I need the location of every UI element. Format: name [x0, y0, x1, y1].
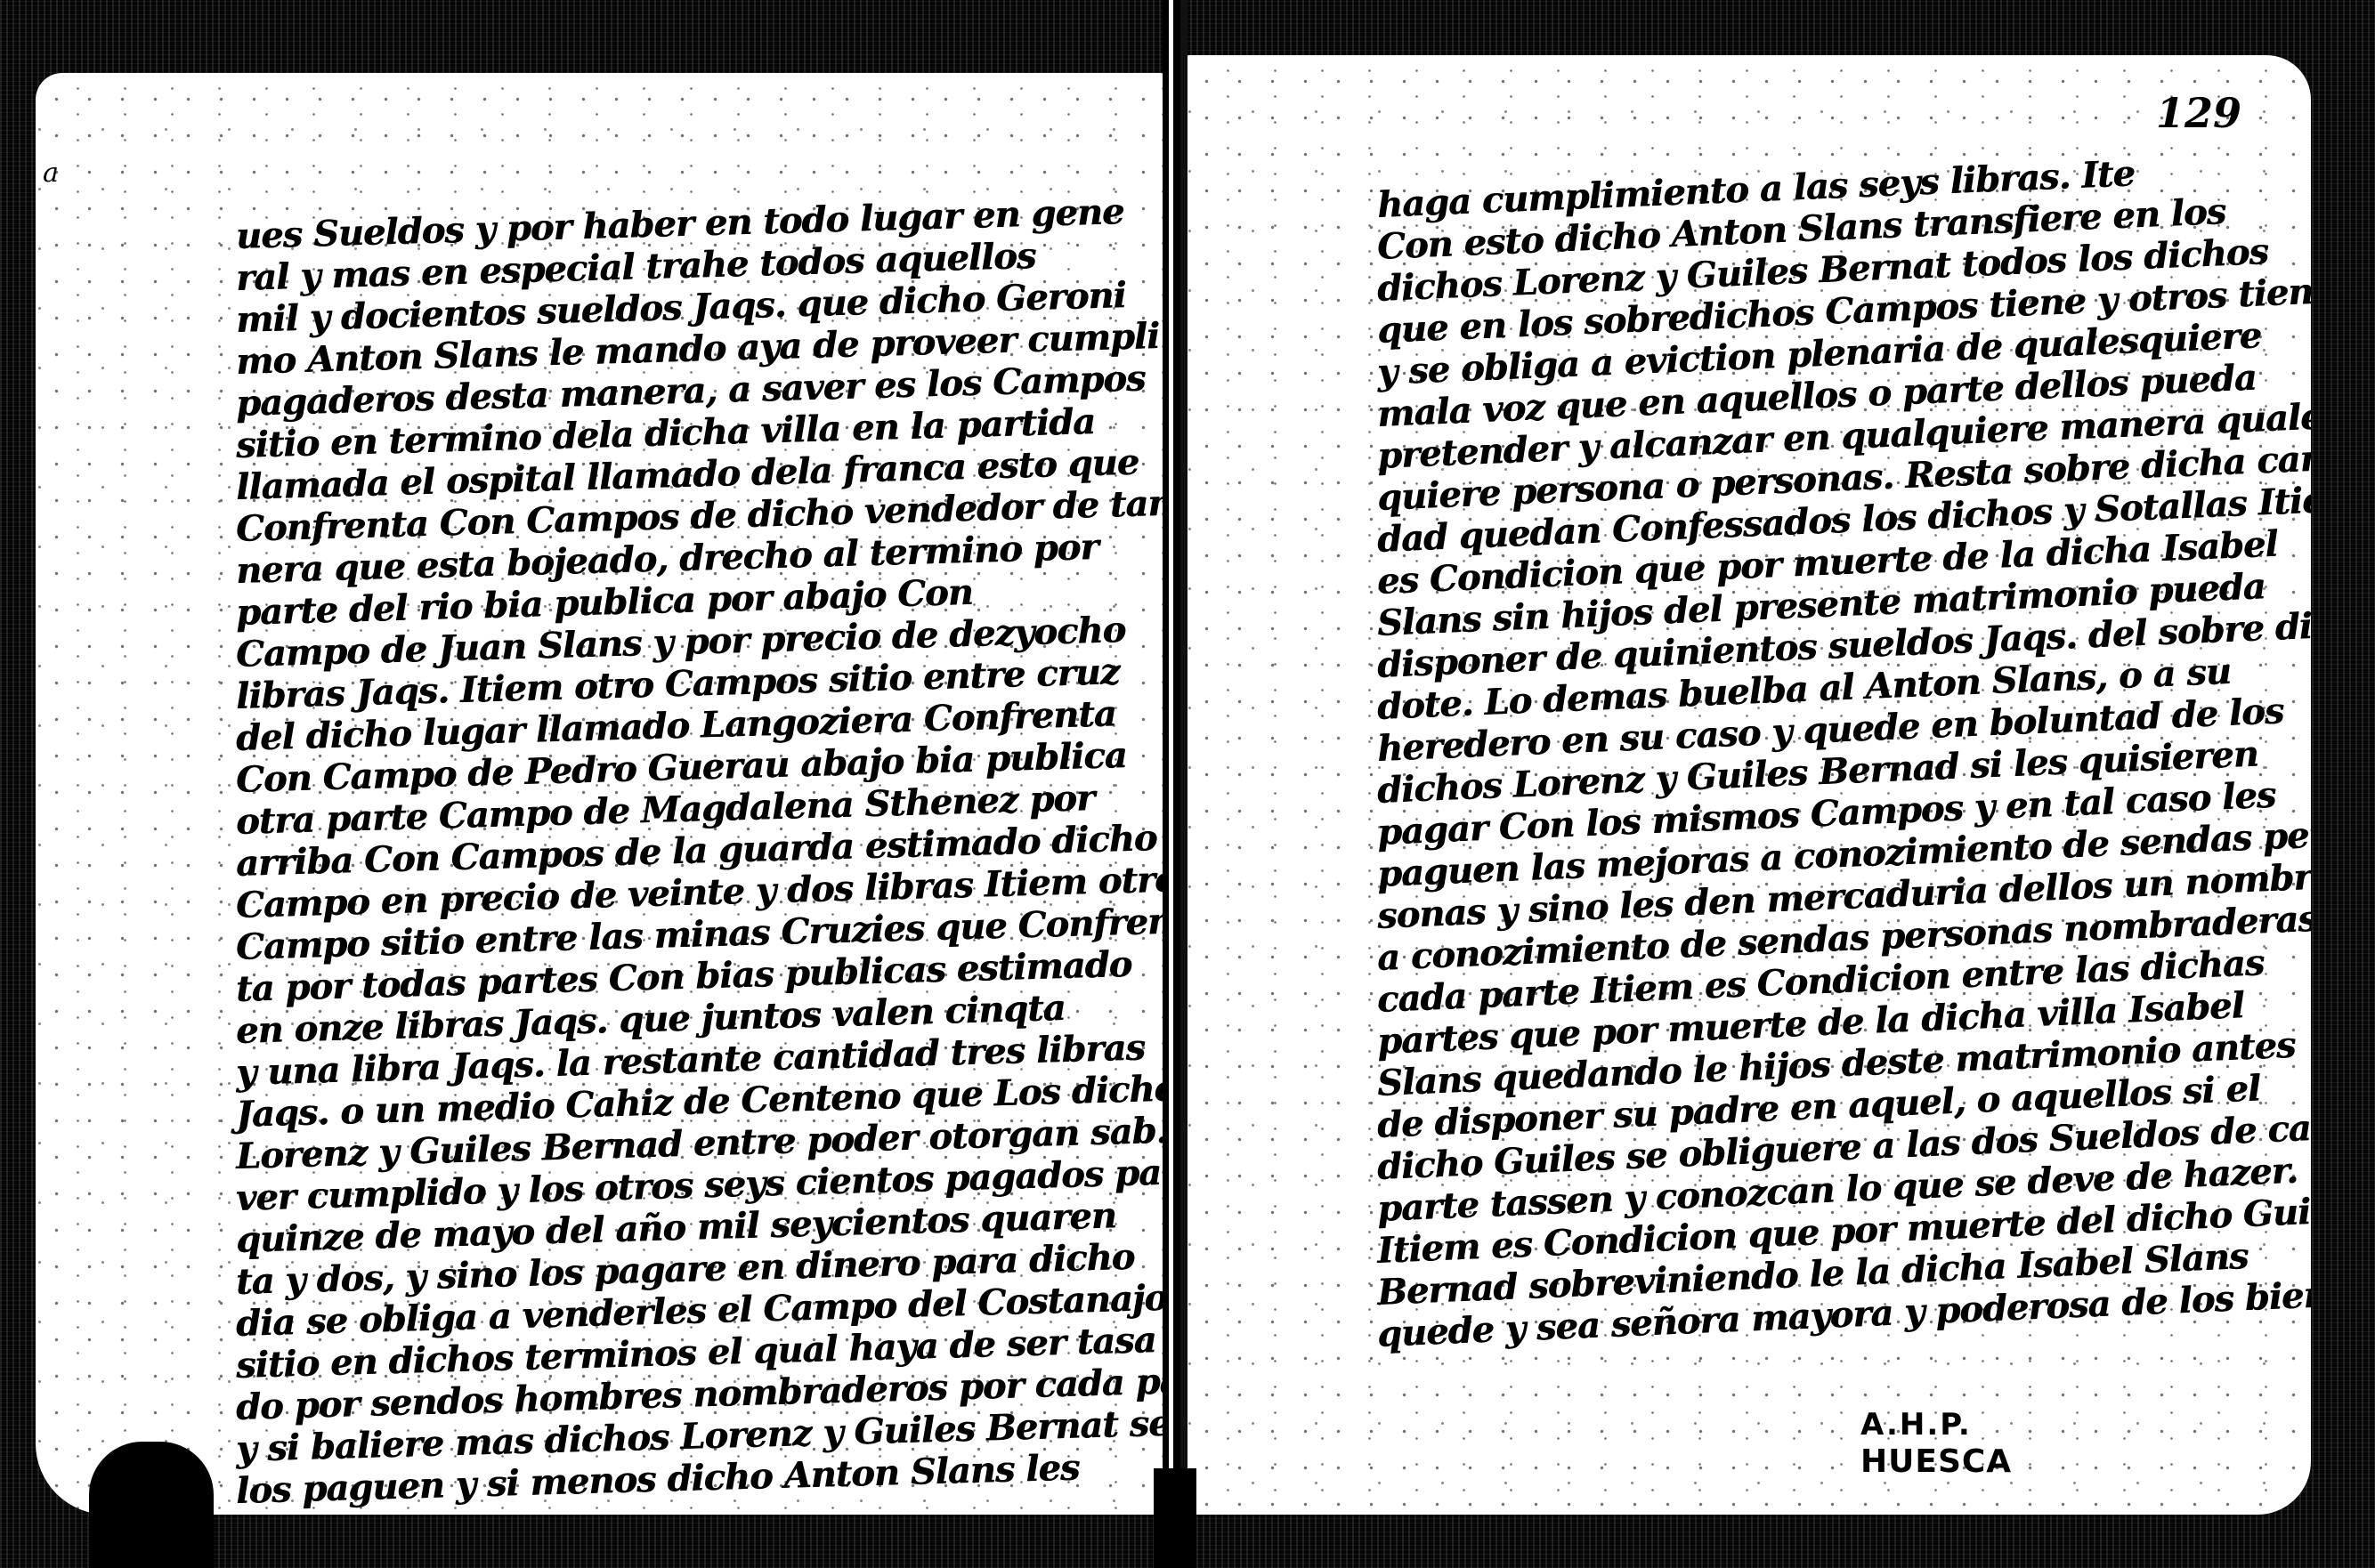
- book-gutter-shadow: [1154, 1468, 1196, 1568]
- margin-mark: a: [43, 158, 59, 189]
- left-page-text: ues Sueldos y por haber en todo lugar en…: [236, 215, 1153, 1512]
- folio-number: 129: [2156, 89, 2241, 137]
- archive-stamp-line2: HUESCA: [1860, 1443, 2012, 1481]
- archive-stamp-line1: A.H.P.: [1860, 1406, 2012, 1443]
- thumb-shadow: [89, 1442, 214, 1568]
- left-page: a ues Sueldos y por haber en todo lugar …: [36, 73, 1164, 1515]
- archive-stamp: A.H.P. HUESCA: [1860, 1406, 2012, 1481]
- book-gutter: [1163, 0, 1187, 1568]
- right-page-text: haga cumplimiento a las seys libras. Ite…: [1377, 184, 2276, 1355]
- right-page: 129 haga cumplimiento a las seys libras.…: [1186, 55, 2311, 1515]
